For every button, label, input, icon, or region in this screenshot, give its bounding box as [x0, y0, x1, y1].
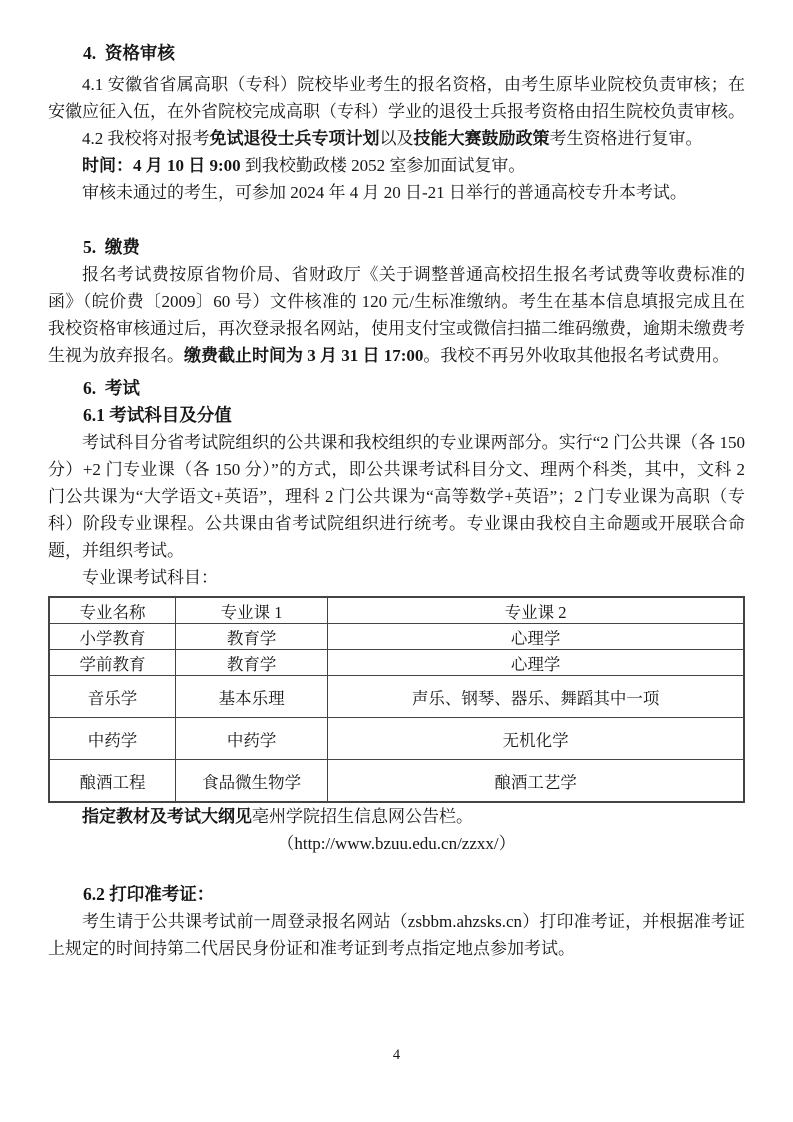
para-4-2-post: 考生资格进行复审。	[550, 129, 703, 148]
para-4-2-pre: 4.2 我校将对报考	[82, 129, 210, 148]
table-cell: 声乐、钢琴、器乐、舞蹈其中一项	[328, 676, 744, 718]
para-5-1-post: 。我校不再另外收取其他报名考试费用。	[423, 346, 729, 365]
para-4-time-rest: 到我校勤政楼 2052 室参加面试复审。	[241, 156, 526, 175]
table-cell: 酿酒工艺学	[328, 760, 744, 803]
table-row: 小学教育 教育学 心理学	[49, 624, 744, 650]
para-4-fail-note: 审核未通过的考生，可参加 2024 年 4 月 20 日-21 日举行的普通高校…	[48, 179, 745, 206]
table-row: 中药学 中药学 无机化学	[49, 718, 744, 760]
table-cell: 小学教育	[49, 624, 175, 650]
table-header-major: 专业名称	[49, 597, 175, 624]
table-cell: 教育学	[175, 624, 327, 650]
para-6-2: 考生请于公共课考试前一周登录报名网站（zsbbm.ahzsks.cn）打印准考证…	[48, 908, 745, 962]
section-4-heading: 4. 资格审核	[48, 40, 745, 67]
table-cell: 基本乐理	[175, 676, 327, 718]
materials-note: 指定教材及考试大纲见亳州学院招生信息网公告栏。	[48, 803, 745, 830]
table-cell: 心理学	[328, 650, 744, 676]
section-6-heading: 6. 考试	[48, 375, 745, 402]
admissions-site-url: （http://www.bzuu.edu.cn/zzxx/）	[48, 830, 745, 857]
table-cell: 中药学	[49, 718, 175, 760]
table-cell: 音乐学	[49, 676, 175, 718]
table-cell: 无机化学	[328, 718, 744, 760]
para-4-2-bold-policy: 技能大赛鼓励政策	[414, 129, 550, 148]
section-6-1-heading: 6.1 考试科目及分值	[48, 402, 745, 429]
table-row: 酿酒工程 食品微生物学 酿酒工艺学	[49, 760, 744, 803]
para-4-2: 4.2 我校将对报考免试退役士兵专项计划以及技能大赛鼓励政策考生资格进行复审。	[48, 125, 745, 152]
table-cell: 食品微生物学	[175, 760, 327, 803]
document-page: 4. 资格审核 4.1 安徽省省属高职（专科）院校毕业考生的报名资格，由考生原毕…	[0, 0, 793, 1122]
table-cell: 教育学	[175, 650, 327, 676]
para-6-1: 考试科目分省考试院组织的公共课和我校组织的专业课两部分。实行“2 门公共课（各 …	[48, 429, 745, 564]
table-cell: 心理学	[328, 624, 744, 650]
subject-table: 专业名称 专业课 1 专业课 2 小学教育 教育学 心理学 学前教育 教育学 心…	[48, 596, 745, 803]
table-cell: 酿酒工程	[49, 760, 175, 803]
materials-note-rest: 亳州学院招生信息网公告栏。	[252, 807, 473, 826]
para-5-1-deadline-bold: 缴费截止时间为 3 月 31 日 17:00	[184, 346, 423, 365]
section-6-2-heading: 6.2 打印准考证：	[48, 881, 745, 908]
para-4-1: 4.1 安徽省省属高职（专科）院校毕业考生的报名资格，由考生原毕业院校负责审核；…	[48, 71, 745, 125]
table-intro: 专业课考试科目：	[48, 564, 745, 591]
table-row: 学前教育 教育学 心理学	[49, 650, 744, 676]
table-header-row: 专业名称 专业课 1 专业课 2	[49, 597, 744, 624]
para-4-time-bold: 时间：4 月 10 日 9:00	[82, 156, 241, 175]
para-4-2-bold-plan: 免试退役士兵专项计划	[210, 129, 380, 148]
page-number: 4	[0, 1047, 793, 1064]
para-4-2-mid: 以及	[380, 129, 414, 148]
table-cell: 中药学	[175, 718, 327, 760]
para-4-time: 时间：4 月 10 日 9:00 到我校勤政楼 2052 室参加面试复审。	[48, 152, 745, 179]
table-cell: 学前教育	[49, 650, 175, 676]
table-row: 音乐学 基本乐理 声乐、钢琴、器乐、舞蹈其中一项	[49, 676, 744, 718]
table-header-course1: 专业课 1	[175, 597, 327, 624]
section-5-heading: 5. 缴费	[48, 234, 745, 261]
materials-note-bold: 指定教材及考试大纲见	[82, 807, 252, 826]
para-5-1: 报名考试费按原省物价局、省财政厅《关于调整普通高校招生报名考试费等收费标准的函》…	[48, 261, 745, 369]
table-header-course2: 专业课 2	[328, 597, 744, 624]
